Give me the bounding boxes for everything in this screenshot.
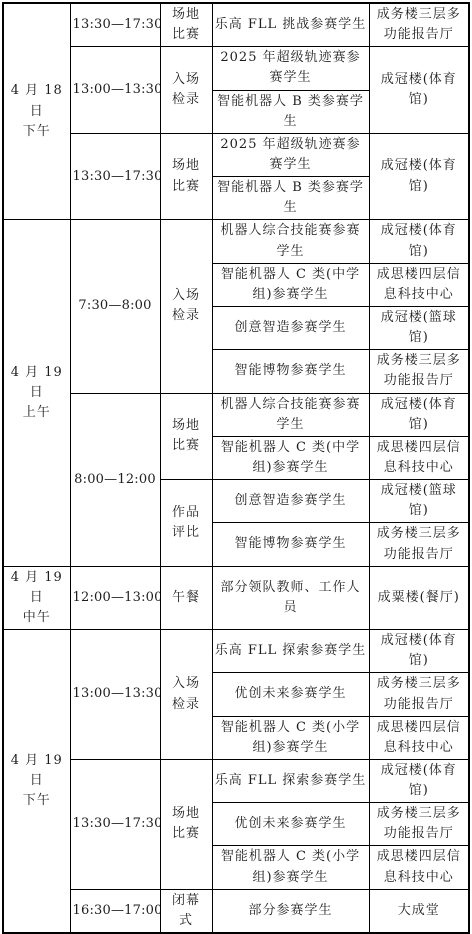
- cell-participants: 乐高 FLL 探索参赛学生: [212, 630, 369, 673]
- cell-activity: 场地 比赛: [160, 393, 212, 480]
- cell-activity: 作品 评比: [160, 480, 212, 567]
- cell-participants: 优创未来参赛学生: [212, 803, 369, 846]
- activity-line1: 入场: [163, 70, 210, 90]
- cell-participants: 机器人综合技能赛参赛学生: [212, 220, 369, 263]
- activity-line2: 检录: [163, 695, 210, 715]
- cell-participants: 乐高 FLL 探索参赛学生: [212, 759, 369, 802]
- cell-participants: 部分领队教师、工作人员: [212, 566, 369, 629]
- cell-participants: 创意智造参赛学生: [212, 480, 369, 523]
- activity-line1: 入场: [163, 286, 210, 306]
- cell-location: 成冠楼(体育馆): [369, 47, 469, 134]
- cell-time: 13:00—13:30: [70, 630, 160, 760]
- cell-location: 成冠楼(体育馆): [369, 220, 469, 263]
- cell-participants: 2025 年超级轨迹赛参赛学生: [212, 133, 369, 176]
- cell-activity: 午餐: [160, 566, 212, 629]
- table-row: 4 月 19 日 中午 12:00—13:00 午餐 部分领队教师、工作人员 成…: [3, 566, 469, 629]
- cell-participants: 智能机器人 C 类(中学组)参赛学生: [212, 263, 369, 306]
- cell-participants: 智能机器人 C 类(中学组)参赛学生: [212, 436, 369, 479]
- cell-location: 成冠楼(体育馆): [369, 393, 469, 436]
- cell-participants: 智能博物参赛学生: [212, 523, 369, 566]
- cell-date: 4 月 19 日 上午: [3, 220, 70, 566]
- activity-line2: 比赛: [163, 436, 210, 456]
- activity-line1: 闭幕: [163, 891, 210, 911]
- table-row: 4 月 18 日 下午 13:30—17:30 场地 比赛 乐高 FLL 挑战参…: [3, 3, 469, 47]
- cell-location: 成务楼三层多功能报告厅: [369, 523, 469, 566]
- cell-location: 成冠楼(体育馆): [369, 630, 469, 673]
- activity-line1: 场地: [163, 156, 210, 176]
- cell-time: 13:00—13:30: [70, 47, 160, 134]
- cell-participants: 智能机器人 C 类(小学组)参赛学生: [212, 846, 369, 889]
- activity-line2: 比赛: [163, 824, 210, 844]
- cell-location: 成粟楼(餐厅): [369, 566, 469, 629]
- activity-line1: 入场: [163, 674, 210, 694]
- table-row: 4 月 19 日 下午 13:00—13:30 入场 检录 乐高 FLL 探索参…: [3, 630, 469, 673]
- date-line2: 上午: [6, 403, 68, 423]
- activity-line2: 评比: [163, 523, 210, 543]
- activity-line1: 作品: [163, 503, 210, 523]
- cell-location: 成务楼三层多功能报告厅: [369, 673, 469, 716]
- cell-location: 大成堂: [369, 889, 469, 933]
- cell-date: 4 月 19 日 中午: [3, 566, 70, 629]
- table-row: 13:30—17:30 场地 比赛 2025 年超级轨迹赛参赛学生 成冠楼(体育…: [3, 133, 469, 176]
- activity-line2: 检录: [163, 90, 210, 110]
- cell-time: 12:00—13:00: [70, 566, 160, 629]
- cell-location: 成思楼四层信息科技中心: [369, 716, 469, 759]
- table-row: 8:00—12:00 场地 比赛 机器人综合技能赛参赛学生 成冠楼(体育馆): [3, 393, 469, 436]
- activity-line2: 比赛: [163, 25, 210, 45]
- schedule-table: 4 月 18 日 下午 13:30—17:30 场地 比赛 乐高 FLL 挑战参…: [2, 2, 470, 934]
- cell-location: 成思楼四层信息科技中心: [369, 846, 469, 889]
- cell-date: 4 月 19 日 下午: [3, 630, 70, 933]
- cell-participants: 智能机器人 B 类参赛学生: [212, 90, 369, 133]
- cell-location: 成思楼四层信息科技中心: [369, 436, 469, 479]
- cell-time: 8:00—12:00: [70, 393, 160, 566]
- cell-location: 成冠楼(篮球馆): [369, 480, 469, 523]
- cell-participants: 创意智造参赛学生: [212, 306, 369, 349]
- cell-location: 成务楼三层多功能报告厅: [369, 3, 469, 47]
- table-row: 13:30—17:30 场地 比赛 乐高 FLL 探索参赛学生 成冠楼(体育馆): [3, 759, 469, 802]
- cell-participants: 机器人综合技能赛参赛学生: [212, 393, 369, 436]
- cell-activity: 入场 检录: [160, 220, 212, 393]
- cell-time: 13:30—17:30: [70, 759, 160, 889]
- cell-location: 成务楼三层多功能报告厅: [369, 803, 469, 846]
- cell-date: 4 月 18 日 下午: [3, 3, 70, 220]
- cell-activity: 入场 检录: [160, 630, 212, 760]
- date-line1: 4 月 18 日: [6, 81, 68, 121]
- table-row: 4 月 19 日 上午 7:30—8:00 入场 检录 机器人综合技能赛参赛学生…: [3, 220, 469, 263]
- cell-location: 成冠楼(体育馆): [369, 759, 469, 802]
- cell-activity: 场地 比赛: [160, 759, 212, 889]
- cell-location: 成务楼三层多功能报告厅: [369, 350, 469, 393]
- cell-participants: 2025 年超级轨迹赛参赛学生: [212, 47, 369, 90]
- cell-activity: 场地 比赛: [160, 3, 212, 47]
- activity-line1: 午餐: [163, 588, 210, 608]
- cell-activity: 闭幕 式: [160, 889, 212, 933]
- date-line2: 中午: [6, 608, 68, 628]
- date-line1: 4 月 19 日: [6, 568, 68, 608]
- cell-activity: 入场 检录: [160, 47, 212, 134]
- date-line2: 下午: [6, 122, 68, 142]
- cell-participants: 部分参赛学生: [212, 889, 369, 933]
- cell-location: 成冠楼(体育馆): [369, 133, 469, 220]
- cell-participants: 智能机器人 B 类参赛学生: [212, 177, 369, 220]
- cell-time: 16:30—17:00: [70, 889, 160, 933]
- cell-time: 7:30—8:00: [70, 220, 160, 393]
- cell-location: 成冠楼(篮球馆): [369, 306, 469, 349]
- activity-line2: 比赛: [163, 177, 210, 197]
- date-line1: 4 月 19 日: [6, 363, 68, 403]
- cell-participants: 智能博物参赛学生: [212, 350, 369, 393]
- cell-time: 13:30—17:30: [70, 133, 160, 220]
- activity-line1: 场地: [163, 804, 210, 824]
- activity-line1: 场地: [163, 416, 210, 436]
- table-row: 16:30—17:00 闭幕 式 部分参赛学生 大成堂: [3, 889, 469, 933]
- table-row: 13:00—13:30 入场 检录 2025 年超级轨迹赛参赛学生 成冠楼(体育…: [3, 47, 469, 90]
- date-line2: 下午: [6, 791, 68, 811]
- cell-location: 成思楼四层信息科技中心: [369, 263, 469, 306]
- activity-line1: 场地: [163, 5, 210, 25]
- cell-participants: 优创未来参赛学生: [212, 673, 369, 716]
- cell-participants: 乐高 FLL 挑战参赛学生: [212, 3, 369, 47]
- cell-time: 13:30—17:30: [70, 3, 160, 47]
- activity-line2: 检录: [163, 306, 210, 326]
- activity-line2: 式: [163, 911, 210, 931]
- date-line1: 4 月 19 日: [6, 751, 68, 791]
- cell-participants: 智能机器人 C 类(小学组)参赛学生: [212, 716, 369, 759]
- cell-activity: 场地 比赛: [160, 133, 212, 220]
